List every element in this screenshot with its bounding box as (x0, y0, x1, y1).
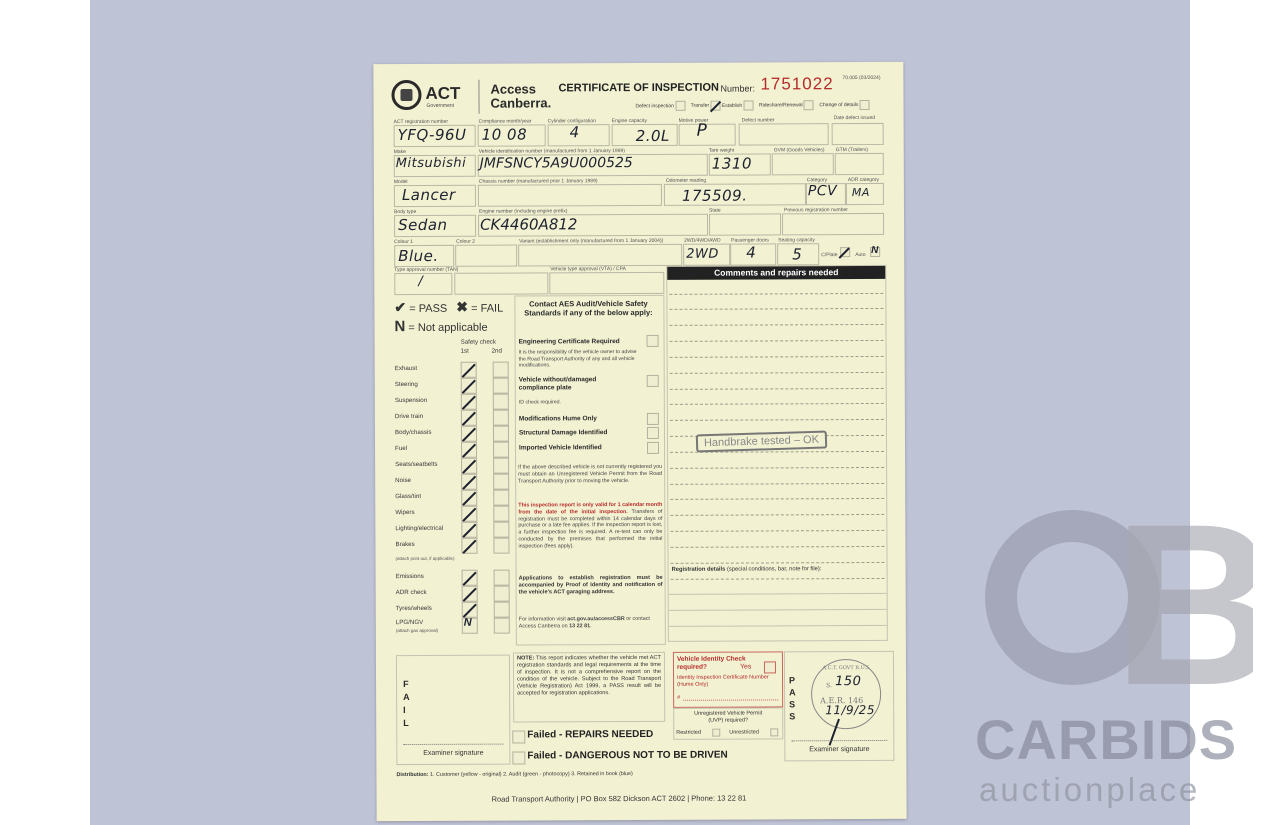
check-mark-icon (462, 508, 476, 522)
na-legend-text: = Not applicable (408, 322, 487, 334)
info-end: . (590, 623, 592, 629)
check-mark-icon (462, 396, 476, 410)
rego-value: YFQ-96U (398, 126, 467, 144)
type-transfer-checkbox[interactable] (710, 101, 720, 111)
make-value: Mitsubishi (396, 156, 467, 171)
imported-vehicle-checkbox[interactable] (647, 442, 659, 454)
vic-yes-label: Yes (740, 664, 751, 671)
first-check-box[interactable] (461, 458, 477, 474)
na-mark-icon: N (871, 245, 878, 256)
safety-check-heading: Safety check (461, 339, 496, 346)
check-label: Wipers (395, 509, 414, 516)
compliance-value: 10 08 (482, 125, 528, 143)
reg-detail-line (669, 609, 887, 611)
tan-value: / (418, 274, 423, 289)
uvp-unrestricted-checkbox[interactable] (770, 728, 778, 736)
vic-heading: Vehicle Identity Check required? (677, 656, 747, 672)
act-government-label: Government (427, 103, 455, 109)
check-label: Brakes (395, 541, 414, 548)
second-check-box[interactable] (493, 490, 509, 506)
structural-damage-checkbox[interactable] (647, 427, 659, 439)
pass-letters: P A S S (789, 674, 797, 722)
fail-legend-text: = FAIL (471, 303, 503, 315)
check-row-drive-train: Drive train (395, 410, 525, 427)
first-check-box[interactable]: N (462, 618, 478, 634)
comment-line (670, 498, 884, 500)
check-note: (attach gas approval) (396, 628, 438, 633)
reg-details-title: Registration details (672, 567, 726, 573)
gtm-field[interactable] (835, 153, 884, 175)
failed-repairs-checkbox[interactable] (512, 731, 525, 744)
aes-heading: Contact AES Audit/Vehicle Safety Standar… (520, 299, 656, 318)
seating-value: 5 (792, 245, 802, 263)
comment-line (670, 403, 884, 405)
colour2-field[interactable] (455, 245, 517, 267)
check-mark-icon (463, 588, 477, 602)
check-note: (attach print out, if applicable) (395, 556, 454, 561)
registration-details-label: Registration details (special conditions… (672, 566, 822, 573)
act-wordmark: ACT (425, 84, 460, 104)
stamp-handwritten-date: 11/9/25 (825, 703, 875, 717)
type-change-details-checkbox[interactable] (860, 100, 870, 110)
check-mark-icon (462, 364, 476, 378)
note-box: NOTE: This report indicates whether the … (513, 652, 665, 723)
comment-line (669, 308, 883, 310)
comment-line (670, 340, 884, 342)
compliance-plate-checkbox[interactable] (647, 375, 659, 387)
type-defect-checkbox[interactable] (675, 101, 685, 111)
reg-detail-line (669, 593, 887, 595)
check-row-steering: Steering (395, 378, 525, 395)
uvp-box: Unregistered Vehicle Permit (UVP) requir… (673, 707, 783, 739)
distribution-line: Distribution: 1. Customer (yellow - orig… (396, 771, 632, 778)
stamp-s: S. (826, 682, 832, 689)
comment-line (670, 419, 884, 421)
vehicle-identity-check-box: Vehicle Identity Check required? Yes Ide… (673, 651, 783, 707)
model-value: Lancer (402, 186, 456, 204)
comments-panel: Comments and repairs needed Handbrake te… (666, 265, 888, 642)
first-check-box[interactable] (461, 426, 477, 442)
check-row-glass-tint: Glass/tint (395, 490, 525, 507)
second-check-box[interactable] (493, 378, 509, 394)
certificate-of-inspection-document: ACT Government Access Canberra. CERTIFIC… (373, 62, 906, 821)
carbids-logo-mark: B (985, 505, 1255, 705)
comment-line (670, 546, 884, 548)
previous-rego-field[interactable] (782, 213, 884, 235)
vic-cert-label: Identity Inspection Certificate Number (… (677, 674, 777, 688)
stamp-handwritten-number: 150 (835, 674, 861, 689)
carbids-tagline: auctionplace (979, 770, 1200, 810)
first-check-box[interactable] (461, 506, 477, 522)
footer-address: Road Transport Authority | PO Box 582 Di… (492, 794, 747, 804)
second-check-box[interactable] (494, 586, 510, 602)
act-government-logo (391, 80, 421, 110)
signature-dotted-line (791, 740, 887, 741)
failed-repairs-label: Failed - REPAIRS NEEDED (527, 729, 653, 741)
tare-weight-value: 1310 (712, 155, 752, 173)
uvp-restricted-checkbox[interactable] (712, 729, 720, 737)
distribution-text: 1. Customer (yellow - original) 2. Audit… (428, 771, 632, 778)
info-phone: 13 22 81 (569, 623, 590, 629)
check-mark-icon (462, 492, 476, 506)
fail-cross-icon: ✖ (456, 299, 468, 315)
eng-cert-label: Engineering Certificate Required (519, 338, 620, 345)
first-check-box[interactable] (461, 490, 477, 506)
fail-examiner-signature-label: Examiner signature (397, 750, 509, 757)
info-paragraph: For information visit act.gov.au/accessC… (519, 616, 663, 631)
check-row-seats-seatbelts: Seats/seatbelts (395, 458, 525, 475)
defect-number-field[interactable] (739, 123, 829, 145)
vin-value: JMFSNCY5A9U000525 (480, 155, 633, 172)
variant-field[interactable] (518, 244, 682, 267)
check-label: Suspension (395, 397, 427, 404)
uvp-unrestricted-label: Unrestricted (729, 729, 759, 735)
second-check-box[interactable] (494, 618, 510, 634)
gvm-field[interactable] (772, 153, 834, 175)
body-type-value: Sedan (398, 216, 448, 234)
cplate-label: C/Plate (821, 252, 837, 258)
check-mark-icon (463, 604, 477, 618)
comment-line (670, 372, 884, 374)
handbrake-stamp: Handbrake tested – OK (696, 430, 827, 452)
cplate-checkbox[interactable] (840, 247, 850, 257)
pass-legend: ✔ = PASS ✖ = FAIL (394, 299, 503, 316)
check-label: ADR check (396, 589, 427, 596)
first-check-box[interactable] (461, 442, 477, 458)
eng-cert-note: It is the responsibility of the vehicle … (519, 349, 645, 369)
access-canberra-line1: Access (490, 81, 536, 96)
first-check-box[interactable] (461, 378, 477, 394)
applications-paragraph: Applications to establish registration m… (519, 575, 663, 597)
second-check-box[interactable] (493, 394, 509, 410)
pass-signature-box: P A S S A.C.T. GOVT R.U.S S. A.E.R. 146 … (784, 651, 894, 761)
category-value: PCV (808, 183, 837, 199)
auto-checkbox[interactable]: N (870, 247, 880, 257)
check-label: Steering (395, 381, 418, 388)
comment-line (671, 578, 885, 580)
first-check-box[interactable] (461, 538, 477, 554)
check-mark-icon (462, 540, 476, 554)
mods-hume-checkbox[interactable] (647, 413, 659, 425)
check-row-fuel: Fuel (395, 442, 525, 459)
comment-line (670, 388, 884, 390)
type-rideshare-label: Rideshare/Renewal (759, 103, 803, 109)
check-mark-icon (462, 444, 476, 458)
second-check-box[interactable] (494, 602, 510, 618)
comment-line (669, 324, 883, 326)
safety-check-list: Exhaust Steering Suspension Drive train … (395, 362, 525, 363)
uvp-restricted-label: Restricted (676, 730, 701, 736)
check-row-emissions: Emissions (396, 570, 526, 587)
comment-line (670, 483, 884, 485)
na-letter-icon: N (394, 318, 405, 335)
signature-dotted-line (403, 744, 503, 745)
form-code: 70.005 (03/2024) (842, 75, 880, 81)
pass-legend-text: = PASS (409, 303, 447, 315)
type-rideshare-checkbox[interactable] (804, 100, 814, 110)
reg-details-hint: (special conditions, bar, note for file)… (725, 566, 821, 572)
first-check-box[interactable] (461, 410, 477, 426)
check-row-lpg-ngv: LPG/NGV (attach gas approval) N (396, 618, 526, 641)
second-check-box[interactable] (493, 442, 509, 458)
access-cbr-link[interactable]: act.gov.au/accessCBR (567, 616, 624, 622)
uvp-question: Unregistered Vehicle Permit (UVP) requir… (688, 710, 768, 724)
first-check-box[interactable] (461, 394, 477, 410)
type-transfer-label: Transfer (691, 103, 709, 109)
check-row-exhaust: Exhaust (395, 362, 525, 379)
first-check-box[interactable] (462, 586, 478, 602)
second-check-box[interactable] (493, 538, 509, 554)
check-mark-icon (462, 412, 476, 426)
second-check-box[interactable] (493, 458, 509, 474)
comment-line (670, 530, 884, 532)
check-row-adr-check: ADR check (396, 586, 526, 603)
check-label: Exhaust (395, 365, 417, 372)
eng-cert-checkbox[interactable] (647, 335, 659, 347)
cylinder-value: 4 (570, 123, 580, 141)
defect-date-field[interactable] (832, 123, 884, 145)
check-label: Fuel (395, 445, 407, 452)
tan-field-2[interactable] (454, 272, 548, 294)
check-label: LPG/NGV (396, 619, 424, 626)
engine-number-value: CK4460A812 (480, 215, 577, 233)
second-check-box[interactable] (493, 362, 509, 378)
comment-line (669, 293, 883, 295)
chassis-field[interactable] (478, 184, 662, 207)
second-check-box[interactable] (493, 474, 509, 490)
check-label: Tyres/wheels (396, 605, 432, 612)
comment-line (670, 356, 884, 358)
check-row-noise: Noise (395, 474, 525, 491)
check-label: Emissions (396, 573, 424, 580)
second-check-box[interactable] (493, 426, 509, 442)
unregistered-paragraph: If the above described vehicle is not cu… (518, 464, 662, 485)
type-establish-checkbox[interactable] (744, 101, 754, 111)
note-text: This report indicates whether the vehicl… (517, 655, 661, 697)
motive-power-value: P (697, 121, 708, 141)
na-legend: N = Not applicable (394, 318, 487, 335)
check-row-body-chassis: Body/chassis (395, 426, 525, 443)
check-mark-icon (462, 380, 476, 394)
second-check-heading: 2nd (492, 348, 502, 355)
fail-signature-box: F A I L Examiner signature (396, 655, 510, 765)
second-check-box[interactable] (493, 410, 509, 426)
check-mark-icon (839, 247, 850, 258)
check-row-brakes: Brakes (attach print out, if applicable) (395, 538, 525, 567)
type-change-details-label: Change of details (819, 102, 858, 108)
certificate-number: 1751022 (760, 74, 833, 94)
comments-heading: Comments and repairs needed (667, 266, 885, 280)
colour1-value: Blue. (398, 247, 439, 265)
validity-paragraph: This inspection report is only valid for… (518, 502, 662, 550)
state-field[interactable] (709, 213, 781, 235)
comment-line (670, 467, 884, 469)
first-check-box[interactable] (462, 602, 478, 618)
official-stamp: A.C.T. GOVT R.U.S S. A.E.R. 146 (811, 659, 881, 729)
logo-divider (478, 80, 479, 114)
comment-line (670, 514, 884, 516)
type-establish-label: Establish (722, 103, 742, 109)
distribution-label: Distribution: (396, 772, 428, 778)
check-mark-icon (710, 101, 721, 112)
id-check-note: ID check required. (519, 399, 561, 405)
access-canberra-line2: Canberra. (490, 95, 551, 110)
structural-damage-label: Structural Damage Identified (519, 429, 608, 436)
info-pre: For information visit (519, 616, 568, 622)
vic-cert-dotted-line[interactable] (683, 699, 778, 700)
adr-category-value: MA (852, 186, 870, 199)
na-mark-icon: N (464, 617, 472, 629)
check-row-tyres-wheels: Tyres/wheels (396, 602, 526, 619)
type-defect-label: Defect inspection (636, 103, 674, 109)
auto-label: Auto (855, 252, 865, 258)
check-row-lighting-electrical: Lighting/electrical (395, 522, 525, 539)
fail-letters: F A I L (403, 678, 411, 730)
comment-line (671, 562, 885, 564)
check-mark-icon (462, 524, 476, 538)
vta-field[interactable] (549, 272, 664, 295)
mods-hume-label: Modifications Hume Only (519, 415, 597, 422)
engine-capacity-value: 2.0L (636, 127, 670, 145)
check-mark-icon (462, 476, 476, 490)
carbids-b-shape: B (1113, 505, 1253, 705)
check-label: Seats/seatbelts (395, 461, 437, 468)
check-mark-icon (463, 572, 477, 586)
check-label: Glass/tint (395, 493, 421, 500)
check-label: Lighting/electrical (395, 525, 443, 532)
first-check-heading: 1st (461, 348, 469, 355)
first-check-box[interactable] (461, 522, 477, 538)
note-label: NOTE: (517, 655, 534, 661)
check-mark-icon (462, 428, 476, 442)
vic-yes-checkbox[interactable] (764, 661, 776, 673)
first-check-box[interactable] (462, 570, 478, 586)
vic-cert-number: # (677, 695, 680, 701)
imported-vehicle-label: Imported Vehicle Identified (519, 444, 602, 451)
second-check-box[interactable] (493, 506, 509, 522)
second-check-box[interactable] (494, 570, 510, 586)
reg-detail-line (669, 625, 887, 627)
check-mark-icon (462, 460, 476, 474)
inspection-type-row: Defect inspection Transfer Establish Rid… (636, 100, 870, 111)
first-check-box[interactable] (461, 474, 477, 490)
failed-dangerous-label: Failed - DANGEROUS NOT TO BE DRIVEN (527, 750, 727, 762)
pass-check-icon: ✔ (394, 299, 406, 315)
drive-value: 2WD (686, 247, 719, 262)
second-check-box[interactable] (493, 522, 509, 538)
check-label: Noise (395, 477, 411, 484)
doors-value: 4 (746, 243, 756, 261)
odometer-value: 175509. (682, 187, 748, 205)
check-row-suspension: Suspension (395, 394, 525, 411)
failed-dangerous-checkbox[interactable] (512, 752, 525, 765)
compliance-plate-label: Vehicle without/damaged compliance plate (519, 376, 629, 392)
pass-examiner-signature-label: Examiner signature (785, 746, 893, 753)
stamp-top-text: A.C.T. GOVT R.U.S (818, 665, 874, 671)
carbids-name: CARBIDS (975, 712, 1237, 768)
number-label: Number: (720, 83, 755, 93)
check-label: Drive train (395, 413, 423, 420)
certificate-title: CERTIFICATE OF INSPECTION (558, 82, 719, 95)
check-label: Body/chassis (395, 429, 431, 436)
defect-date-label: Date defect issued (834, 115, 875, 121)
check-row-wipers: Wipers (395, 506, 525, 523)
first-check-box[interactable] (461, 362, 477, 378)
